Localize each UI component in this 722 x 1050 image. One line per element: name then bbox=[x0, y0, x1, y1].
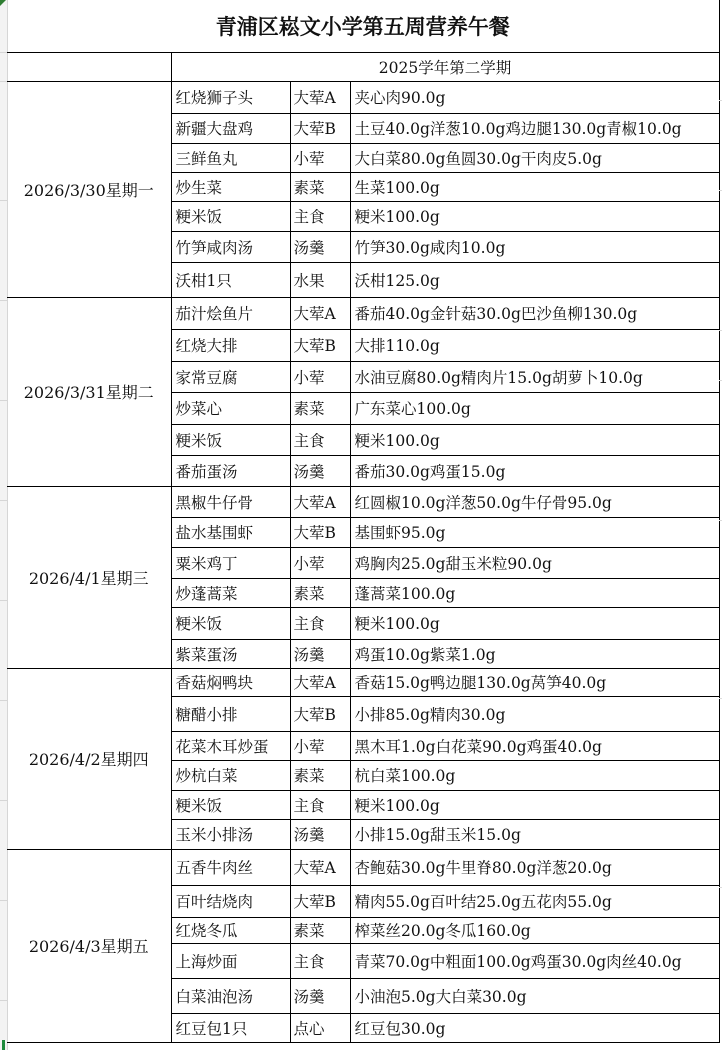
ingredients-cell[interactable]: 红豆包30.0g bbox=[350, 1013, 719, 1042]
ingredients-cell[interactable]: 竹笋30.0g咸肉10.0g bbox=[350, 231, 719, 262]
category-cell[interactable]: 主食 bbox=[290, 424, 350, 455]
row-divider bbox=[0, 700, 7, 701]
category-cell[interactable]: 大荤A bbox=[290, 668, 350, 696]
dish-cell[interactable]: 茄汁烩鱼片 bbox=[171, 297, 290, 329]
category-cell[interactable]: 大荤A bbox=[290, 486, 350, 517]
semester-row: 2025学年第二学期 bbox=[7, 52, 719, 81]
category-cell[interactable]: 大荤B bbox=[290, 329, 350, 361]
dish-cell[interactable]: 糖醋小排 bbox=[171, 696, 290, 731]
dish-cell[interactable]: 竹笋咸肉汤 bbox=[171, 231, 290, 262]
dish-cell[interactable]: 玉米小排汤 bbox=[171, 819, 290, 849]
ingredients-cell[interactable]: 大白菜80.0g鱼圆30.0g干肉皮5.0g bbox=[350, 143, 719, 172]
dish-cell[interactable]: 黑椒牛仔骨 bbox=[171, 486, 290, 517]
ingredients-cell[interactable]: 香菇15.0g鸭边腿130.0g莴笋40.0g bbox=[350, 668, 719, 696]
category-cell[interactable]: 大荤B bbox=[290, 696, 350, 731]
ingredients-cell[interactable]: 粳米100.0g bbox=[350, 201, 719, 231]
category-cell[interactable]: 主食 bbox=[290, 790, 350, 819]
category-cell[interactable]: 素菜 bbox=[290, 392, 350, 424]
ingredients-cell[interactable]: 小油泡5.0g大白菜30.0g bbox=[350, 978, 719, 1013]
ingredients-cell[interactable]: 鸡蛋10.0g紫菜1.0g bbox=[350, 639, 719, 668]
row-divider bbox=[0, 81, 7, 82]
dish-cell[interactable]: 白菜油泡汤 bbox=[171, 978, 290, 1013]
category-cell[interactable]: 汤羹 bbox=[290, 819, 350, 849]
dish-cell[interactable]: 新疆大盘鸡 bbox=[171, 113, 290, 143]
category-cell[interactable]: 汤羹 bbox=[290, 231, 350, 262]
menu-row: 2026/4/2星期四香菇焖鸭块大荤A香菇15.0g鸭边腿130.0g莴笋40.… bbox=[7, 668, 719, 696]
ingredients-cell[interactable]: 杏鲍菇30.0g牛里脊80.0g洋葱20.0g bbox=[350, 849, 719, 885]
ingredients-cell[interactable]: 小排15.0g甜玉米15.0g bbox=[350, 819, 719, 849]
category-cell[interactable]: 点心 bbox=[290, 1013, 350, 1042]
title-row: 青浦区崧文小学第五周营养午餐 bbox=[7, 0, 719, 52]
category-cell[interactable]: 大荤A bbox=[290, 297, 350, 329]
dish-cell[interactable]: 五香牛肉丝 bbox=[171, 849, 290, 885]
menu-row: 2026/4/1星期三黑椒牛仔骨大荤A红圆椒10.0g洋葱50.0g牛仔骨95.… bbox=[7, 486, 719, 517]
ingredients-cell[interactable]: 番茄40.0g金针菇30.0g巴沙鱼柳130.0g bbox=[350, 297, 719, 329]
dish-cell[interactable]: 紫菜蛋汤 bbox=[171, 639, 290, 668]
ingredients-cell[interactable]: 榨菜丝20.0g冬瓜160.0g bbox=[350, 917, 719, 943]
active-cell-indicator bbox=[2, 1040, 5, 1050]
page-title[interactable]: 青浦区崧文小学第五周营养午餐 bbox=[7, 0, 719, 52]
date-cell[interactable]: 2026/4/1星期三 bbox=[7, 486, 171, 668]
dish-cell[interactable]: 红烧狮子头 bbox=[171, 81, 290, 113]
ingredients-cell[interactable]: 精肉55.0g百叶结25.0g五花肉55.0g bbox=[350, 885, 719, 917]
dish-cell[interactable]: 红烧大排 bbox=[171, 329, 290, 361]
date-cell[interactable]: 2026/4/2星期四 bbox=[7, 668, 171, 849]
ingredients-cell[interactable]: 黑木耳1.0g白花菜90.0g鸡蛋40.0g bbox=[350, 731, 719, 760]
row-divider bbox=[0, 600, 7, 601]
category-cell[interactable]: 水果 bbox=[290, 262, 350, 297]
ingredients-cell[interactable]: 杭白菜100.0g bbox=[350, 760, 719, 790]
ingredients-cell[interactable]: 小排85.0g精肉30.0g bbox=[350, 696, 719, 731]
ingredients-cell[interactable]: 生菜100.0g bbox=[350, 172, 719, 201]
category-cell[interactable]: 小荤 bbox=[290, 143, 350, 172]
category-cell[interactable]: 大荤A bbox=[290, 849, 350, 885]
dish-cell[interactable]: 香菇焖鸭块 bbox=[171, 668, 290, 696]
category-cell[interactable]: 主食 bbox=[290, 201, 350, 231]
menu-table: 青浦区崧文小学第五周营养午餐 2025学年第二学期 2026/3/30星期一红烧… bbox=[7, 0, 720, 1043]
ingredients-cell[interactable]: 粳米100.0g bbox=[350, 607, 719, 639]
row-divider bbox=[0, 500, 7, 501]
category-cell[interactable]: 素菜 bbox=[290, 760, 350, 790]
ingredients-cell[interactable]: 夹心肉90.0g bbox=[350, 81, 719, 113]
row-divider bbox=[0, 300, 7, 301]
dish-cell[interactable]: 花菜木耳炒蛋 bbox=[171, 731, 290, 760]
category-cell[interactable]: 大荤A bbox=[290, 81, 350, 113]
ingredients-cell[interactable]: 广东菜心100.0g bbox=[350, 392, 719, 424]
dish-cell[interactable]: 盐水基围虾 bbox=[171, 517, 290, 547]
row-divider bbox=[0, 200, 7, 201]
row-divider bbox=[0, 1000, 7, 1001]
category-cell[interactable]: 大荤B bbox=[290, 517, 350, 547]
menu-row: 2026/3/30星期一红烧狮子头大荤A夹心肉90.0g bbox=[7, 81, 719, 113]
date-cell[interactable]: 2026/3/30星期一 bbox=[7, 81, 171, 297]
select-all-corner[interactable] bbox=[0, 0, 6, 6]
semester-label[interactable]: 2025学年第二学期 bbox=[171, 52, 719, 81]
dish-cell[interactable]: 粟米鸡丁 bbox=[171, 547, 290, 578]
category-cell[interactable]: 素菜 bbox=[290, 917, 350, 943]
dish-cell[interactable]: 粳米饭 bbox=[171, 607, 290, 639]
ingredients-cell[interactable]: 基围虾95.0g bbox=[350, 517, 719, 547]
category-cell[interactable]: 汤羹 bbox=[290, 455, 350, 486]
row-divider bbox=[0, 800, 7, 801]
category-cell[interactable]: 素菜 bbox=[290, 578, 350, 607]
ingredients-cell[interactable]: 青菜70.0g中粗面100.0g鸡蛋30.0g肉丝40.0g bbox=[350, 943, 719, 978]
ingredients-cell[interactable]: 大排110.0g bbox=[350, 329, 719, 361]
menu-row: 2026/4/3星期五五香牛肉丝大荤A杏鲍菇30.0g牛里脊80.0g洋葱20.… bbox=[7, 849, 719, 885]
dish-cell[interactable]: 百叶结烧肉 bbox=[171, 885, 290, 917]
menu-row: 2026/3/31星期二茄汁烩鱼片大荤A番茄40.0g金针菇30.0g巴沙鱼柳1… bbox=[7, 297, 719, 329]
dish-cell[interactable]: 红烧冬瓜 bbox=[171, 917, 290, 943]
ingredients-cell[interactable]: 沃柑125.0g bbox=[350, 262, 719, 297]
dish-cell[interactable]: 炒蓬蒿菜 bbox=[171, 578, 290, 607]
dish-cell[interactable]: 三鲜鱼丸 bbox=[171, 143, 290, 172]
date-cell[interactable]: 2026/4/3星期五 bbox=[7, 849, 171, 1042]
empty-cell[interactable] bbox=[7, 52, 171, 81]
category-cell[interactable]: 主食 bbox=[290, 607, 350, 639]
dish-cell[interactable]: 粳米饭 bbox=[171, 790, 290, 819]
ingredients-cell[interactable]: 蓬蒿菜100.0g bbox=[350, 578, 719, 607]
ingredients-cell[interactable]: 粳米100.0g bbox=[350, 424, 719, 455]
date-cell[interactable]: 2026/3/31星期二 bbox=[7, 297, 171, 486]
dish-cell[interactable]: 沃柑1只 bbox=[171, 262, 290, 297]
row-divider bbox=[0, 52, 7, 53]
category-cell[interactable]: 大荤B bbox=[290, 885, 350, 917]
ingredients-cell[interactable]: 红圆椒10.0g洋葱50.0g牛仔骨95.0g bbox=[350, 486, 719, 517]
ingredients-cell[interactable]: 鸡胸肉25.0g甜玉米粒90.0g bbox=[350, 547, 719, 578]
dish-cell[interactable]: 粳米饭 bbox=[171, 201, 290, 231]
dish-cell[interactable]: 炒杭白菜 bbox=[171, 760, 290, 790]
ingredients-cell[interactable]: 土豆40.0g洋葱10.0g鸡边腿130.0g青椒10.0g bbox=[350, 113, 719, 143]
category-cell[interactable]: 大荤B bbox=[290, 113, 350, 143]
ingredients-cell[interactable]: 水油豆腐80.0g精肉片15.0g胡萝卜10.0g bbox=[350, 361, 719, 392]
dish-cell[interactable]: 番茄蛋汤 bbox=[171, 455, 290, 486]
ingredients-cell[interactable]: 番茄30.0g鸡蛋15.0g bbox=[350, 455, 719, 486]
dish-cell[interactable]: 红豆包1只 bbox=[171, 1013, 290, 1042]
dish-cell[interactable]: 粳米饭 bbox=[171, 424, 290, 455]
dish-cell[interactable]: 炒菜心 bbox=[171, 392, 290, 424]
dish-cell[interactable]: 家常豆腐 bbox=[171, 361, 290, 392]
dish-cell[interactable]: 炒生菜 bbox=[171, 172, 290, 201]
category-cell[interactable]: 汤羹 bbox=[290, 639, 350, 668]
category-cell[interactable]: 小荤 bbox=[290, 361, 350, 392]
category-cell[interactable]: 汤羹 bbox=[290, 978, 350, 1013]
menu-sheet: 青浦区崧文小学第五周营养午餐 2025学年第二学期 2026/3/30星期一红烧… bbox=[7, 0, 719, 1043]
category-cell[interactable]: 小荤 bbox=[290, 731, 350, 760]
row-divider bbox=[0, 400, 7, 401]
ingredients-cell[interactable]: 粳米100.0g bbox=[350, 790, 719, 819]
dish-cell[interactable]: 上海炒面 bbox=[171, 943, 290, 978]
category-cell[interactable]: 素菜 bbox=[290, 172, 350, 201]
category-cell[interactable]: 主食 bbox=[290, 943, 350, 978]
row-divider bbox=[0, 900, 7, 901]
category-cell[interactable]: 小荤 bbox=[290, 547, 350, 578]
